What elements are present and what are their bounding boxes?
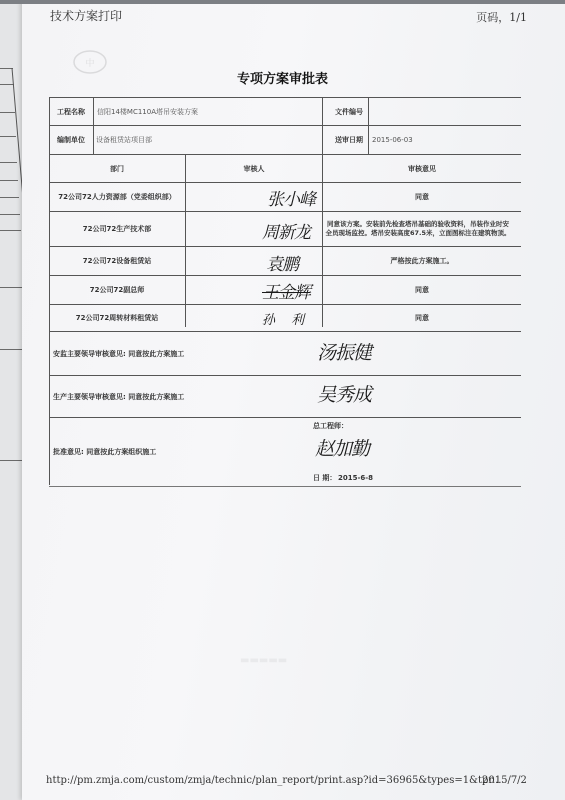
reviewer-signature: 袁鹏 [266,250,298,275]
submit-date-value: 2015-06-03 [372,126,413,154]
prepared-by-label: 编制单位 [57,126,85,154]
scan-top-edge [0,0,565,4]
header-reviewer: 审核人 [186,155,322,182]
row-project-name: 工程名称 信阳14楼MC110A塔吊安装方案 文件编号 [49,97,521,125]
document-title: 专项方案审批表 [0,68,565,87]
header-opinion: 审核意见 [323,155,521,182]
reviewer-signature: 张小峰 [267,185,315,210]
header-department: 部门 [49,155,185,182]
approval-date-label: 日 期： [313,472,336,484]
safety-leader-signature: 汤振健 [317,338,371,365]
review-department: 72公司72副总师 [49,276,185,304]
row-prepared-by: 编制单位 设备租赁站项目部 送审日期 2015-06-03 [49,125,521,154]
print-date: 2015/7/2 [482,775,527,786]
final-approval: 批准意见: 同意按此方案组织施工 总工程师： 赵加勤 日 期： 2015-6-8 [49,417,521,487]
review-department: 72公司72周转材料租赁站 [49,305,185,331]
review-table-header: 部门 审核人 审核意见 [49,154,521,182]
project-name-value: 信阳14楼MC110A塔吊安装方案 [97,98,198,125]
submit-date-label: 送审日期 [335,126,363,154]
file-number-label: 文件编号 [335,98,363,125]
review-opinion: 同意该方案。安装前先检查塔吊基础的验收资料，吊装作业时安全员现场监控。塔吊安装高… [325,212,511,246]
review-row: 72公司72设备租赁站 袁鹏 严格按此方案施工。 [49,246,521,275]
review-department: 72公司72生产技术部 [49,212,185,246]
print-url: http://pm.zmja.com/custom/zmja/technic/p… [46,775,502,786]
reviewer-signature: 周新龙 [262,218,310,243]
page-number: 页码，1/1 [476,9,527,25]
review-opinion: 同意 [323,183,521,211]
project-name-label: 工程名称 [57,98,85,125]
production-leader-review: 生产主要领导审核意见: 同意按此方案施工 吴秀成 [49,375,521,417]
review-row: 72公司72生产技术部 周新龙 同意该方案。安装前先检查塔吊基础的验收资料，吊装… [49,211,521,246]
chief-engineer-signature: 赵加勤 [315,434,369,461]
production-leader-signature: 吴秀成 [317,380,371,407]
review-row: 72公司72人力资源部（党委组织部） 张小峰 同意 [49,182,521,211]
print-header-title: 技术方案打印 [50,7,122,24]
reviewer-signature: 孙 利 [262,309,310,328]
reviewer-signature: 王金辉 [262,278,310,303]
review-department: 72公司72人力资源部（党委组织部） [49,183,185,211]
review-opinion: 同意 [323,276,521,304]
chief-engineer-label: 总工程师： [313,421,348,431]
review-row: 72公司72副总师 王金辉 同意 [49,275,521,304]
review-opinion: 同意 [323,305,521,331]
bleed-through-text: ▬▬▬▬▬ [240,655,287,666]
approval-date-value: 2015-6-8 [338,472,373,484]
approval-opinion: 批准意见: 同意按此方案组织施工 [53,418,156,486]
review-opinion: 严格按此方案施工。 [323,247,521,275]
review-row: 72公司72周转材料租赁站 孙 利 同意 [49,304,521,331]
review-department: 72公司72设备租赁站 [49,247,185,275]
safety-leader-opinion: 安监主要领导审核意见: 同意按此方案施工 [53,332,184,375]
production-leader-opinion: 生产主要领导审核意见: 同意按此方案施工 [53,376,184,417]
safety-leader-review: 安监主要领导审核意见: 同意按此方案施工 汤振健 [49,331,521,375]
prepared-by-value: 设备租赁站项目部 [96,126,152,154]
